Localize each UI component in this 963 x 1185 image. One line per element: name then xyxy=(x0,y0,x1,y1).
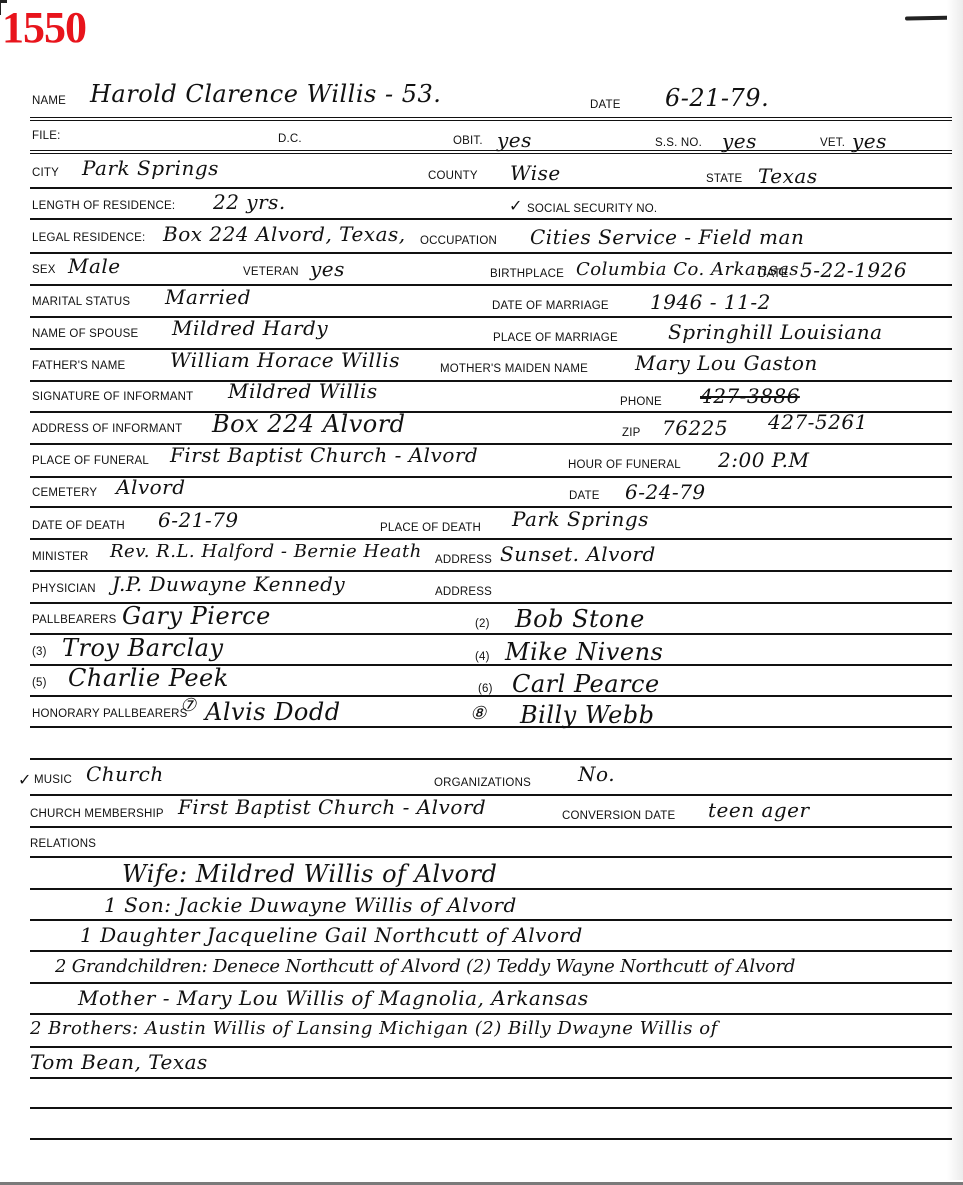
place-of-funeral-value: First Baptist Church - Alvord xyxy=(170,445,478,465)
name-value: Harold Clarence Willis - 53. xyxy=(90,82,441,106)
relations-line-4 xyxy=(30,982,952,984)
relations-line-0 xyxy=(30,856,952,858)
date-of-marriage-value: 1946 - 11-2 xyxy=(650,292,771,312)
checkmark-icon: ✓ xyxy=(509,196,522,215)
funeral-date-label: DATE xyxy=(569,490,600,502)
name-line xyxy=(30,117,952,118)
legal-residence-label: LEGAL RESIDENCE: xyxy=(32,232,145,244)
honorary-pallbearer-8: Billy Webb xyxy=(520,703,655,727)
place-of-funeral-label: PLACE OF FUNERAL xyxy=(32,455,149,467)
date-of-death-label: DATE OF DEATH xyxy=(32,520,125,532)
social-security-label: SOCIAL SECURITY NO. xyxy=(527,203,657,215)
pallbearer-6-num: (6) xyxy=(478,683,493,695)
informant-address-label: ADDRESS OF INFORMANT xyxy=(32,423,182,435)
veteran-label: VETERAN xyxy=(243,266,299,278)
music-value: Church xyxy=(86,764,164,784)
birth-date-value: 5-22-1926 xyxy=(800,260,907,280)
county-label: COUNTY xyxy=(428,170,478,182)
church-membership-label: CHURCH MEMBERSHIP xyxy=(30,808,164,820)
informant-address-line xyxy=(30,443,952,445)
relations-line-9 xyxy=(30,1138,952,1140)
organizations-label: ORGANIZATIONS xyxy=(434,777,531,789)
birthplace-label: BIRTHPLACE xyxy=(490,268,564,280)
veteran-value: yes xyxy=(310,259,345,279)
father-line xyxy=(30,380,952,382)
death-line xyxy=(30,538,952,540)
legal-residence-value: Box 224 Alvord, Texas, xyxy=(163,224,406,244)
zip-value: 76225 xyxy=(662,418,728,438)
pallbearer-5-num: (5) xyxy=(32,677,47,689)
hour-of-funeral-label: HOUR OF FUNERAL xyxy=(568,459,681,471)
physician-value: J.P. Duwayne Kennedy xyxy=(112,574,345,594)
sex-value: Male xyxy=(68,256,121,276)
city-value: Park Springs xyxy=(82,158,219,178)
pallbearer-2-num: (2) xyxy=(475,618,490,630)
relation-line-7: Tom Bean, Texas xyxy=(30,1052,208,1072)
conversion-date-value: teen ager xyxy=(708,800,810,820)
pallbearers-line-3 xyxy=(30,695,952,697)
church-line xyxy=(30,826,952,828)
physician-address-label: ADDRESS xyxy=(435,586,492,598)
hour-of-funeral-value: 2:00 P.M xyxy=(718,450,810,470)
relations-line-5 xyxy=(30,1013,952,1015)
occupation-value: Cities Service - Field man xyxy=(530,227,804,247)
ss-no-label: S.S. NO. xyxy=(655,137,702,149)
pallbearer-2: Bob Stone xyxy=(515,607,645,631)
record-number: 1550 xyxy=(2,6,86,50)
conversion-date-label: CONVERSION DATE xyxy=(562,810,675,822)
phone-value: 427-5261 xyxy=(768,412,868,432)
marital-status-label: MARITAL STATUS xyxy=(32,296,130,308)
pallbearer-5: Charlie Peek xyxy=(68,666,229,690)
place-of-death-value: Park Springs xyxy=(512,509,649,529)
date-value: 6-21-79. xyxy=(665,86,769,110)
informant-signature-label: SIGNATURE OF INFORMANT xyxy=(32,391,193,403)
spouse-value: Mildred Hardy xyxy=(172,318,328,338)
minister-address-value: Sunset. Alvord xyxy=(500,544,656,564)
place-of-marriage-value: Springhill Louisiana xyxy=(668,322,883,342)
father-value: William Horace Willis xyxy=(170,350,400,370)
blank-line xyxy=(30,758,952,760)
relation-line-1: Wife: Mildred Willis of Alvord xyxy=(122,862,497,886)
place-of-marriage-label: PLACE OF MARRIAGE xyxy=(493,332,618,344)
physician-label: PHYSICIAN xyxy=(32,583,96,595)
city-label: CITY xyxy=(32,167,59,179)
phone-label: PHONE xyxy=(620,396,662,408)
pallbearers-label: PALLBEARERS xyxy=(32,614,116,626)
place-of-death-label: PLACE OF DEATH xyxy=(380,522,481,534)
date-of-death-value: 6-21-79 xyxy=(158,510,239,530)
cemetery-label: CEMETERY xyxy=(32,487,97,499)
honorary-line xyxy=(30,726,952,728)
informant-address-value: Box 224 Alvord xyxy=(212,412,406,436)
pallbearer-4-num: (4) xyxy=(475,651,490,663)
date-of-marriage-label: DATE OF MARRIAGE xyxy=(492,300,609,312)
cemetery-value: Alvord xyxy=(116,477,186,497)
honorary-pallbearers-label: HONORARY PALLBEARERS xyxy=(32,708,187,720)
relations-line-2 xyxy=(30,919,952,921)
length-of-residence-label: LENGTH OF RESIDENCE: xyxy=(32,200,175,212)
legal-residence-line xyxy=(30,252,952,254)
minister-address-label: ADDRESS xyxy=(435,554,492,566)
honorary-pallbearer-7: Alvis Dodd xyxy=(205,700,341,724)
minister-label: MINISTER xyxy=(32,551,89,563)
marital-status-value: Married xyxy=(165,287,251,307)
minister-value: Rev. R.L. Halford - Bernie Heath xyxy=(110,543,422,561)
city-line xyxy=(30,187,952,189)
relations-line-3 xyxy=(30,950,952,952)
pallbearer-3: Troy Barclay xyxy=(62,636,224,660)
church-membership-value: First Baptist Church - Alvord xyxy=(178,797,486,817)
relations-line-7 xyxy=(30,1077,952,1079)
relations-line-8 xyxy=(30,1107,952,1109)
zip-label: ZIP xyxy=(622,427,641,439)
county-value: Wise xyxy=(510,163,561,183)
phone-struck-value: 427-3886 xyxy=(700,386,800,406)
vet-value: yes xyxy=(852,131,887,151)
music-line xyxy=(30,794,952,796)
honorary-7-num: ⑦ xyxy=(180,697,197,715)
pallbearer-3-num: (3) xyxy=(32,646,47,658)
relation-line-6: 2 Brothers: Austin Willis of Lansing Mic… xyxy=(30,1020,718,1038)
page-edge-shadow xyxy=(947,0,963,1180)
sex-label: SEX xyxy=(32,264,56,276)
ss-no-value: yes xyxy=(722,131,757,151)
mother-value: Mary Lou Gaston xyxy=(635,353,818,373)
state-value: Texas xyxy=(758,166,818,186)
obit-label: OBIT. xyxy=(453,135,483,147)
date-label: DATE xyxy=(590,99,621,111)
relation-line-4: 2 Grandchildren: Denece Northcutt of Alv… xyxy=(55,958,795,976)
state-label: STATE xyxy=(706,173,742,185)
spouse-line xyxy=(30,348,952,350)
marital-line xyxy=(30,316,952,318)
funeral-date-value: 6-24-79 xyxy=(625,482,706,502)
spouse-label: NAME OF SPOUSE xyxy=(32,328,138,340)
relation-line-5: Mother - Mary Lou Willis of Magnolia, Ar… xyxy=(78,988,589,1008)
relations-label: RELATIONS xyxy=(30,838,96,850)
residence-line xyxy=(30,218,952,220)
dc-label: D.C. xyxy=(278,133,302,145)
mother-label: MOTHER'S MAIDEN NAME xyxy=(440,363,588,375)
vet-label: VET. xyxy=(820,137,845,149)
relations-line-6 xyxy=(30,1046,952,1048)
checkmark-icon: ✓ xyxy=(18,770,31,789)
birth-date-label: DATE xyxy=(758,268,789,280)
honorary-8-num: ⑧ xyxy=(470,705,487,723)
length-of-residence-value: 22 yrs. xyxy=(213,192,286,212)
informant-signature-value: Mildred Willis xyxy=(228,381,378,401)
father-label: FATHER'S NAME xyxy=(32,360,125,372)
organizations-value: No. xyxy=(578,764,615,784)
pallbearer-6: Carl Pearce xyxy=(512,672,660,696)
relations-line-1 xyxy=(30,888,952,890)
pallbearer-4: Mike Nivens xyxy=(505,640,663,664)
file-line xyxy=(30,150,952,151)
relation-line-3: 1 Daughter Jacqueline Gail Northcutt of … xyxy=(80,925,583,945)
music-label: MUSIC xyxy=(34,774,72,786)
occupation-label: OCCUPATION xyxy=(420,235,497,247)
pallbearer-1: Gary Pierce xyxy=(122,604,271,628)
file-label: FILE: xyxy=(32,130,60,142)
name-label: NAME xyxy=(32,95,66,107)
obit-value: yes xyxy=(497,130,532,150)
relation-line-2: 1 Son: Jackie Duwayne Willis of Alvord xyxy=(104,895,517,915)
